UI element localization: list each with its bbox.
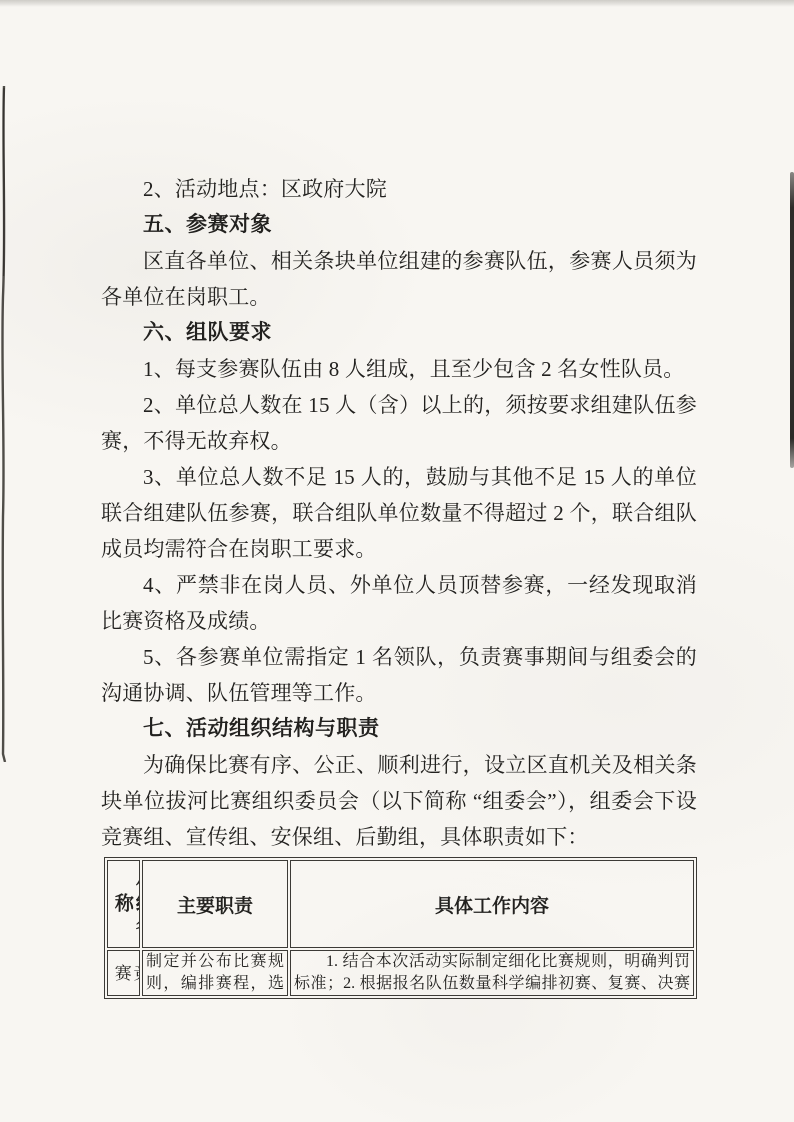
group-name-value: 竞赛 [111,954,140,995]
table-row: 竞赛 制定并公布比赛规则，编排赛程，选拔 1. 结合本次活动实际制定细化比赛规则… [107,950,694,996]
heading-section-five-participants: 五、参赛对象 [101,207,697,243]
para-activity-location: 2、活动地点：区政府大院 [101,171,697,207]
para-rule-4: 4、严禁非在岗人员、外单位人员顶替参赛，一经发现取消比赛资格及成绩。 [101,567,697,639]
scan-edge-top [0,0,794,7]
para-rule-2: 2、单位总人数在 15 人（含）以上的，须按要求组建队伍参赛，不得无故弃权。 [101,387,697,459]
para-rule-5: 5、各参赛单位需指定 1 名领队，负责赛事期间与组委会的沟通协调、队伍管理等工作… [101,639,697,711]
duty-table-header-main-duty: 主要职责 [142,860,288,948]
main-duty-header-label: 主要职责 [177,896,253,917]
scan-artifact-left-edge-line [0,86,10,762]
document-text-block: 2、活动地点：区政府大院 五、参赛对象 区直各单位、相关条块单位组建的参赛队伍，… [101,171,697,855]
duty-table-header-row: 小组名称 主要职责 具体工作内容 [107,860,694,948]
duty-table: 小组名称 主要职责 具体工作内容 竞赛 制定并公布比赛规则，编排赛程，选拔 1.… [104,857,697,999]
para-participant-scope: 区直各单位、相关条块单位组建的参赛队伍，参赛人员须为各单位在岗职工。 [101,243,697,315]
duty-row-group-name: 竞赛 [107,950,140,996]
duty-row-main-duty: 制定并公布比赛规则，编排赛程，选拔 [142,950,288,996]
main-duty-value: 制定并公布比赛规则，编排赛程，选拔 [146,951,284,995]
group-name-header-label: 小组名称 [111,861,140,947]
scan-artifact-right-edge-mark [790,172,794,468]
duty-table-header-group-name: 小组名称 [107,860,140,948]
duty-table-header-work-detail: 具体工作内容 [290,860,694,948]
para-organization-intro: 为确保比赛有序、公正、顺利进行，设立区直机关及相关条块单位拔河比赛组织委员会（以… [101,747,697,855]
heading-section-six-team-requirements: 六、组队要求 [101,315,697,351]
scanned-document-page: 2、活动地点：区政府大院 五、参赛对象 区直各单位、相关条块单位组建的参赛队伍，… [0,0,794,1122]
duty-row-work-detail: 1. 结合本次活动实际制定细化比赛规则，明确判罚标准；2. 根据报名队伍数量科学… [290,950,694,996]
para-rule-3: 3、单位总人数不足 15 人的，鼓励与其他不足 15 人的单位联合组建队伍参赛，… [101,459,697,567]
para-rule-1: 1、每支参赛队伍由 8 人组成，且至少包含 2 名女性队员。 [101,351,697,387]
work-detail-value: 1. 结合本次活动实际制定细化比赛规则，明确判罚标准；2. 根据报名队伍数量科学… [294,951,690,995]
work-detail-header-label: 具体工作内容 [435,896,549,917]
heading-section-seven-organization: 七、活动组织结构与职责 [101,711,697,747]
